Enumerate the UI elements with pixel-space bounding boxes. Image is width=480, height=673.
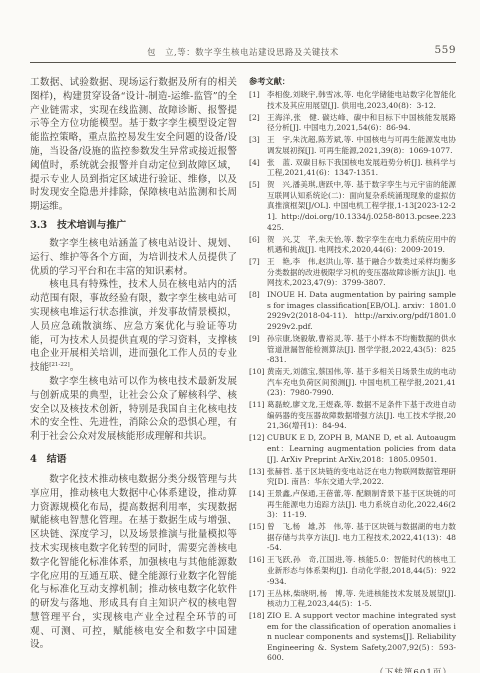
reference-text: 李相俊,刘晓宇,韩雪冰,等. 电化学储能电站数字化智能化技术及其应用展望[J].… <box>267 90 456 111</box>
reference-number: [11] <box>249 400 267 432</box>
reference-item: [5] 贺 兴,潘美琪,唐跃中,等. 基于数字孪生与元宇宙的能源互联网认知系统论… <box>249 180 456 233</box>
reference-number: [7] <box>249 257 267 289</box>
reference-item: [3] 王 宇,朱沈超,陈芳斌,等. 中国核电与可再生能源发电协调发展初探[J]… <box>249 135 456 156</box>
reference-item: [13] 张赫哲. 基于区块链的变电站泛在电力物联网数据管理研究[D]. 南昌：… <box>249 467 456 488</box>
reference-item: [4] 张 蓝. 双碳目标下我国核电发展趋势分析[J]. 核科学与工程,2021… <box>249 158 456 179</box>
two-column-body: 工数据、试验数据、现场运行数据及所有的相关图样)，构建贯穿设备“设计-制造-运维… <box>30 76 456 673</box>
reference-text: 黄南天,刘德宝,蔡国伟,等. 基于多相关日场景生成的电动汽车充电负荷区间预测[J… <box>267 367 456 399</box>
reference-item: [18] ZIO E. A support vector machine int… <box>249 611 456 664</box>
reference-item: [17] 王丛林,柴晓明,杨 博,等. 先进核能技术发展及展望[J]. 核动力工… <box>249 589 456 610</box>
paragraph: 数字孪生核电站涵盖了核电站设计、规划、运行、维护等各个方面，为培训技术人员提供了… <box>30 237 237 278</box>
reference-item: [1] 李相俊,刘晓宇,韩雪冰,等. 电化学储能电站数字化智能化技术及其应用展望… <box>249 90 456 111</box>
paragraph: 数字孪生核电站可以作为核电技术最新发展与创新成果的典型，让社会公众了解核科学、核… <box>30 375 237 444</box>
reference-text: CUBUK E D, ZOPH B, MANE D, et al. Autoau… <box>267 433 456 465</box>
reference-text: 王海洋,张 健. 碳达峰、碳中和目标下中国核能发展路径分析[J]. 中国电力,2… <box>267 113 456 134</box>
reference-number: [13] <box>249 467 267 488</box>
references-heading: 参考文献： <box>249 76 456 87</box>
reference-text: 贺 兴,艾 芊,朱天怡,等. 数字孪生在电力系统应用中的机遇和挑战[J]. 电网… <box>267 235 456 256</box>
reference-number: [8] <box>249 290 267 332</box>
citation-superscript: [21-22] <box>49 362 70 368</box>
reference-item: [11] 葛磊蛟,廖文龙,王煜森,等. 数据不足条件下基于改进自动编码器的变压器… <box>249 400 456 432</box>
reference-number: [14] <box>249 489 267 521</box>
reference-text: 张 蓝. 双碳目标下我国核电发展趋势分析[J]. 核科学与工程,2021,41(… <box>267 158 456 179</box>
reference-text: 王 艳,李 伟,赵洪山,等. 基于融合少数类过采样均衡多分类数据的改进极限学习机… <box>267 257 456 289</box>
reference-number: [16] <box>249 555 267 587</box>
reference-text: INOUE H. Data augmentation by pairing sa… <box>267 290 456 332</box>
section-heading-3-3: 3.3 技术培训与推广 <box>30 219 237 233</box>
page-header: 包 立,等：数字孪生核电站建设思路及关键技术 559 <box>30 46 456 58</box>
continuation-note: （下转第601页） <box>249 668 456 673</box>
reference-number: [4] <box>249 158 267 179</box>
running-title: 包 立,等：数字孪生核电站建设思路及关键技术 <box>147 47 339 57</box>
references-list: [1] 李相俊,刘晓宇,韩雪冰,等. 电化学储能电站数字化智能化技术及其应用展望… <box>249 90 456 664</box>
reference-number: [17] <box>249 589 267 610</box>
right-column: 参考文献： [1] 李相俊,刘晓宇,韩雪冰,等. 电化学储能电站数字化智能化技术… <box>249 76 456 673</box>
paper-page: 包 立,等：数字孪生核电站建设思路及关键技术 559 工数据、试验数据、现场运行… <box>0 0 480 673</box>
reference-number: [6] <box>249 235 267 256</box>
reference-item: [9] 孙宗康,饶毅敏,曹裕灵,等. 基于小样本不均衡数据的供水管道泄漏智能检测… <box>249 334 456 366</box>
reference-number: [3] <box>249 135 267 156</box>
reference-item: [12] CUBUK E D, ZOPH B, MANE D, et al. A… <box>249 433 456 465</box>
reference-number: [5] <box>249 180 267 233</box>
reference-item: [2] 王海洋,张 健. 碳达峰、碳中和目标下中国核能发展路径分析[J]. 中国… <box>249 113 456 134</box>
reference-number: [9] <box>249 334 267 366</box>
reference-text: 王 宇,朱沈超,陈芳斌,等. 中国核电与可再生能源发电协调发展初探[J]. 可再… <box>267 135 456 156</box>
reference-item: [7] 王 艳,李 伟,赵洪山,等. 基于融合少数类过采样均衡多分类数据的改进极… <box>249 257 456 289</box>
paragraph-continuation: 工数据、试验数据、现场运行数据及所有的相关图样)，构建贯穿设备“设计-制造-运维… <box>30 76 237 214</box>
paragraph-with-citation: 核电具有特殊性，技术人员在核电站内的活动范围有限，事故经验有限，数字孪生核电站可… <box>30 278 237 375</box>
reference-number: [18] <box>249 611 267 664</box>
reference-item: [10] 黄南天,刘德宝,蔡国伟,等. 基于多相关日场景生成的电动汽车充电负荷区… <box>249 367 456 399</box>
reference-item: [6] 贺 兴,艾 芊,朱天怡,等. 数字孪生在电力系统应用中的机遇和挑战[J]… <box>249 235 456 256</box>
section-heading-4: 4 结语 <box>30 453 237 467</box>
reference-text: 曾 飞,杨 雄,苏 伟,等. 基于区块链与数据湖的电力数据存储与共享方法[J].… <box>267 522 456 554</box>
paragraph-text-tail: 。 <box>70 362 80 373</box>
paragraph: 数字化技术推动核电数据分类分级管理与共享应用，推动核电大数据中心体系建设，推动算… <box>30 473 237 652</box>
reference-text: 贺 兴,潘美琪,唐跃中,等. 基于数字孪生与元宇宙的能源互联网认知系统论(二)：… <box>267 180 456 233</box>
reference-text: 孙宗康,饶毅敏,曹裕灵,等. 基于小样本不均衡数据的供水管道泄漏智能检测算法[J… <box>267 334 456 366</box>
reference-text: 王丛林,柴晓明,杨 博,等. 先进核能技术发展及展望[J]. 核动力工程,202… <box>267 589 456 610</box>
reference-text: 葛磊蛟,廖文龙,王煜森,等. 数据不足条件下基于改进自动编码器的变压器故障数据增… <box>267 400 456 432</box>
reference-number: [12] <box>249 433 267 465</box>
reference-number: [2] <box>249 113 267 134</box>
paragraph-text: 核电具有特殊性，技术人员在核电站内的活动范围有限，事故经验有限，数字孪生核电站可… <box>30 279 237 373</box>
page-number: 559 <box>434 44 456 56</box>
reference-text: ZIO E. A support vector machine integrat… <box>267 611 456 664</box>
reference-item: [14] 王景鑫,卢保通,王蓓蕾,等. 配额制背景下基于区块链的可再生能源电力追… <box>249 489 456 521</box>
reference-text: 王飞跃,孙 奇,江国进,等. 核能5.0：智能时代的核电工业新形态与体系架构[J… <box>267 555 456 587</box>
reference-number: [15] <box>249 522 267 554</box>
reference-text: 王景鑫,卢保通,王蓓蕾,等. 配额制背景下基于区块链的可再生能源电力追踪方法[J… <box>267 489 456 521</box>
reference-item: [8] INOUE H. Data augmentation by pairin… <box>249 290 456 332</box>
left-column: 工数据、试验数据、现场运行数据及所有的相关图样)，构建贯穿设备“设计-制造-运维… <box>30 76 237 673</box>
header-rule <box>30 62 456 63</box>
reference-item: [16] 王飞跃,孙 奇,江国进,等. 核能5.0：智能时代的核电工业新形态与体… <box>249 555 456 587</box>
reference-number: [10] <box>249 367 267 399</box>
reference-number: [1] <box>249 90 267 111</box>
reference-text: 张赫哲. 基于区块链的变电站泛在电力物联网数据管理研究[D]. 南昌：华东交通大… <box>267 467 456 488</box>
reference-item: [15] 曾 飞,杨 雄,苏 伟,等. 基于区块链与数据湖的电力数据存储与共享方… <box>249 522 456 554</box>
